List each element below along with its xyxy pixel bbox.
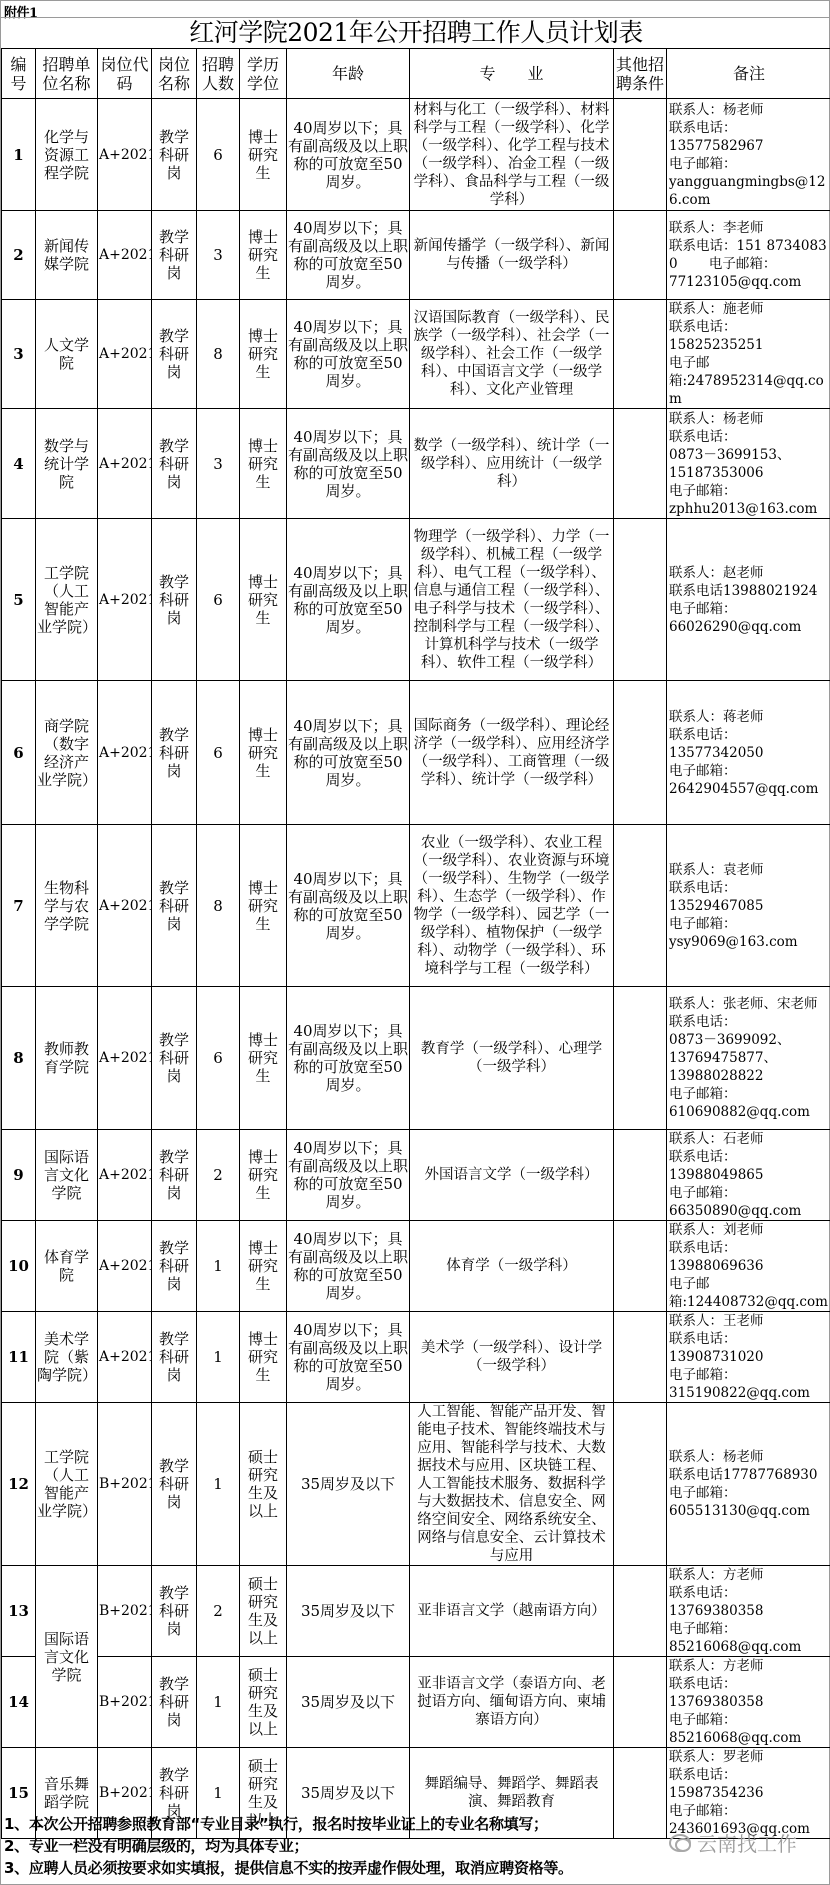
cell-unit-name: 新闻传媒学院	[36, 211, 98, 300]
column-header-no: 编号	[2, 49, 36, 99]
cell-position-code: A+202110	[98, 1221, 152, 1312]
column-header-position: 岗位名称	[152, 49, 197, 99]
cell-unit-name: 教师教育学院	[36, 987, 98, 1130]
cell-major: 美术学（一级学科）、设计学（一级学科）	[410, 1312, 614, 1403]
spreadsheet-page: 附件1 红河学院2021年公开招聘工作人员计划表 编号 招聘单位名称 岗位代码 …	[0, 0, 830, 1885]
cell-degree: 博士研究生	[240, 519, 287, 681]
cell-unit-name: 工学院（人工智能产业学院）	[36, 1403, 98, 1566]
cell-degree: 博士研究生	[240, 825, 287, 987]
table-row: 9国际语言文化学院A+202109教学科研岗2博士研究生40周岁以下；具有副高级…	[2, 1130, 830, 1221]
cell-other-conditions	[614, 1130, 667, 1221]
cell-position-code: A+202105	[98, 519, 152, 681]
cell-position-code: B+202101	[98, 1403, 152, 1566]
cell-age-requirement: 35周岁及以下	[287, 1657, 410, 1748]
cell-remark: 联系人：石老师 联系电话： 13988049865 电子邮箱： 66350890…	[667, 1130, 830, 1221]
cell-position-code: A+202109	[98, 1130, 152, 1221]
cell-degree: 博士研究生	[240, 1130, 287, 1221]
cell-other-conditions	[614, 1403, 667, 1566]
cell-row-number: 9	[2, 1130, 36, 1221]
table-row: 13国际语言文化学院B+202102教学科研岗2硕士研究生及以上35周岁及以下亚…	[2, 1566, 830, 1657]
cell-remark: 联系人：杨老师 联系电话： 13577582967 电子邮箱： yangguan…	[667, 99, 830, 211]
cell-row-number: 12	[2, 1403, 36, 1566]
cell-other-conditions	[614, 1312, 667, 1403]
cell-degree: 硕士研究生及以上	[240, 1403, 287, 1566]
cell-age-requirement: 35周岁及以下	[287, 1566, 410, 1657]
cell-remark: 联系人：张老师、宋老师 联系电话： 0873－3699092、 13769475…	[667, 987, 830, 1130]
cell-position-code: A+202102	[98, 211, 152, 300]
cell-position-name: 教学科研岗	[152, 681, 197, 825]
cell-remark: 联系人：刘老师 联系电话： 13988069636 电子邮 箱:12440873…	[667, 1221, 830, 1312]
table-row: 12工学院（人工智能产业学院）B+202101教学科研岗1硕士研究生及以上35周…	[2, 1403, 830, 1566]
cell-remark: 联系人：王老师 联系电话： 13908731020 电子邮箱： 31519082…	[667, 1312, 830, 1403]
cell-position-code: A+202101	[98, 99, 152, 211]
cell-hire-count: 2	[197, 1566, 240, 1657]
cell-other-conditions	[614, 987, 667, 1130]
table-row: 4数学与统计学院A+202104教学科研岗3博士研究生40周岁以下；具有副高级及…	[2, 409, 830, 519]
column-header-code: 岗位代码	[98, 49, 152, 99]
cell-age-requirement: 40周岁以下；具有副高级及以上职称的可放宽至50周岁。	[287, 987, 410, 1130]
cell-major: 人工智能、智能产品开发、智能电子技术、智能终端技术与应用、智能科学与技术、大数据…	[410, 1403, 614, 1566]
column-header-remark: 备注	[667, 49, 830, 99]
cell-age-requirement: 40周岁以下；具有副高级及以上职称的可放宽至50周岁。	[287, 1312, 410, 1403]
table-row: 8教师教育学院A+202108教学科研岗6博士研究生40周岁以下；具有副高级及以…	[2, 987, 830, 1130]
cell-other-conditions	[614, 681, 667, 825]
cell-unit-name: 商学院（数字经济产业学院）	[36, 681, 98, 825]
cell-major: 外国语言文学（一级学科）	[410, 1130, 614, 1221]
cell-major: 材料与化工（一级学科）、材料科学与工程（一级学科）、化学（一级学科）、化学工程与…	[410, 99, 614, 211]
cell-other-conditions	[614, 1221, 667, 1312]
note-2: 2、专业一栏没有明确层级的，均为具体专业；	[4, 1836, 308, 1856]
cell-position-name: 教学科研岗	[152, 825, 197, 987]
cell-position-name: 教学科研岗	[152, 519, 197, 681]
cell-position-name: 教学科研岗	[152, 99, 197, 211]
cell-major: 农业（一级学科）、农业工程（一级学科）、农业资源与环境（一级学科）、生物学（一级…	[410, 825, 614, 987]
cell-degree: 硕士研究生及以上	[240, 1566, 287, 1657]
cell-row-number: 11	[2, 1312, 36, 1403]
cell-remark: 联系人：杨老师 联系电话17787768930 电子邮箱： 605513130@…	[667, 1403, 830, 1566]
cell-row-number: 3	[2, 300, 36, 409]
cell-other-conditions	[614, 825, 667, 987]
table-row: 7生物科学与农学学院A+202107教学科研岗8博士研究生40周岁以下；具有副高…	[2, 825, 830, 987]
cell-position-name: 教学科研岗	[152, 409, 197, 519]
cell-position-code: A+202111	[98, 1312, 152, 1403]
cell-unit-name: 数学与统计学院	[36, 409, 98, 519]
cell-hire-count: 3	[197, 211, 240, 300]
column-header-count: 招聘人数	[197, 49, 240, 99]
cell-major: 亚非语言文学（泰语方向、老挝语方向、缅甸语方向、柬埔寨语方向）	[410, 1657, 614, 1748]
cell-age-requirement: 40周岁以下；具有副高级及以上职称的可放宽至50周岁。	[287, 1221, 410, 1312]
cell-position-name: 教学科研岗	[152, 1566, 197, 1657]
cell-row-number: 8	[2, 987, 36, 1130]
cell-age-requirement: 40周岁以下；具有副高级及以上职称的可放宽至50周岁。	[287, 1130, 410, 1221]
cell-position-name: 教学科研岗	[152, 211, 197, 300]
cell-other-conditions	[614, 300, 667, 409]
cell-position-name: 教学科研岗	[152, 1130, 197, 1221]
cell-age-requirement: 40周岁以下；具有副高级及以上职称的可放宽至50周岁。	[287, 681, 410, 825]
cell-row-number: 4	[2, 409, 36, 519]
cell-row-number: 2	[2, 211, 36, 300]
cell-row-number: 14	[2, 1657, 36, 1748]
cell-hire-count: 8	[197, 300, 240, 409]
cell-position-name: 教学科研岗	[152, 300, 197, 409]
cell-hire-count: 6	[197, 987, 240, 1130]
table-header-row: 编号 招聘单位名称 岗位代码 岗位名称 招聘人数 学历学位 年龄 专 业 其他招…	[2, 49, 830, 99]
cell-other-conditions	[614, 409, 667, 519]
cell-degree: 博士研究生	[240, 211, 287, 300]
cell-other-conditions	[614, 1657, 667, 1748]
cell-unit-name: 生物科学与农学学院	[36, 825, 98, 987]
cell-age-requirement: 35周岁及以下	[287, 1403, 410, 1566]
watermark-text: 云南找工作	[697, 1828, 797, 1857]
cell-major: 数学（一级学科）、统计学（一级学科）、应用统计（一级学科）	[410, 409, 614, 519]
cell-degree: 博士研究生	[240, 681, 287, 825]
table-row: 6商学院（数字经济产业学院）A+202106教学科研岗6博士研究生40周岁以下；…	[2, 681, 830, 825]
cell-unit-name: 化学与资源工程学院	[36, 99, 98, 211]
table-row: 2新闻传媒学院A+202102教学科研岗3博士研究生40周岁以下；具有副高级及以…	[2, 211, 830, 300]
cell-unit-name: 工学院（人工智能产业学院）	[36, 519, 98, 681]
column-header-age: 年龄	[287, 49, 410, 99]
cell-other-conditions	[614, 519, 667, 681]
cell-position-name: 教学科研岗	[152, 1312, 197, 1403]
table-row: 3人文学院A+202103教学科研岗8博士研究生40周岁以下；具有副高级及以上职…	[2, 300, 830, 409]
cell-row-number: 5	[2, 519, 36, 681]
note-1: 1、本次公开招聘参照教育部“专业目录”执行，报名时按毕业证上的专业名称填写；	[4, 1814, 548, 1834]
cell-hire-count: 1	[197, 1221, 240, 1312]
cell-major: 教育学（一级学科）、心理学（一级学科）	[410, 987, 614, 1130]
cell-degree: 博士研究生	[240, 987, 287, 1130]
cell-position-name: 教学科研岗	[152, 1403, 197, 1566]
cell-row-number: 1	[2, 99, 36, 211]
cell-hire-count: 6	[197, 99, 240, 211]
page-title: 红河学院2021年公开招聘工作人员计划表	[1, 18, 830, 48]
cell-hire-count: 3	[197, 409, 240, 519]
cell-position-code: A+202104	[98, 409, 152, 519]
cell-age-requirement: 40周岁以下；具有副高级及以上职称的可放宽至50周岁。	[287, 211, 410, 300]
cell-degree: 博士研究生	[240, 1221, 287, 1312]
cell-other-conditions	[614, 1566, 667, 1657]
table-row: 5工学院（人工智能产业学院）A+202105教学科研岗6博士研究生40周岁以下；…	[2, 519, 830, 681]
cell-degree: 博士研究生	[240, 99, 287, 211]
wechat-icon	[669, 1834, 691, 1852]
cell-remark: 联系人：方老师 联系电话： 13769380358 电子邮箱： 85216068…	[667, 1657, 830, 1748]
cell-major: 国际商务（一级学科）、理论经济学（一级学科）、应用经济学（一级学科）、工商管理（…	[410, 681, 614, 825]
cell-position-code: A+202107	[98, 825, 152, 987]
cell-position-name: 教学科研岗	[152, 1657, 197, 1748]
cell-major: 亚非语言文学（越南语方向）	[410, 1566, 614, 1657]
cell-major: 新闻传播学（一级学科）、新闻与传播（一级学科）	[410, 211, 614, 300]
watermark: 云南找工作	[669, 1828, 797, 1857]
cell-position-code: B+202102	[98, 1566, 152, 1657]
cell-hire-count: 6	[197, 519, 240, 681]
column-header-degree: 学历学位	[240, 49, 287, 99]
cell-hire-count: 8	[197, 825, 240, 987]
cell-remark: 联系人：李老师 联系电话：151 87340830 电子邮箱： 77123105…	[667, 211, 830, 300]
cell-position-name: 教学科研岗	[152, 1221, 197, 1312]
cell-degree: 硕士研究生及以上	[240, 1657, 287, 1748]
cell-age-requirement: 40周岁以下；具有副高级及以上职称的可放宽至50周岁。	[287, 409, 410, 519]
table-row: 1化学与资源工程学院A+202101教学科研岗6博士研究生40周岁以下；具有副高…	[2, 99, 830, 211]
cell-unit-name: 国际语言文化学院	[36, 1566, 98, 1748]
cell-remark: 联系人：方老师 联系电话： 13769380358 电子邮箱： 85216068…	[667, 1566, 830, 1657]
table-row: 14B+202103教学科研岗1硕士研究生及以上35周岁及以下亚非语言文学（泰语…	[2, 1657, 830, 1748]
cell-row-number: 10	[2, 1221, 36, 1312]
table-row: 11美术学院（紫陶学院）A+202111教学科研岗1博士研究生40周岁以下；具有…	[2, 1312, 830, 1403]
note-3: 3、应聘人员必须按要求如实填报，提供信息不实的按弄虚作假处理，取消应聘资格等。	[4, 1858, 573, 1878]
recruitment-plan-table: 编号 招聘单位名称 岗位代码 岗位名称 招聘人数 学历学位 年龄 专 业 其他招…	[1, 48, 830, 1839]
cell-degree: 博士研究生	[240, 409, 287, 519]
cell-major: 体育学（一级学科）	[410, 1221, 614, 1312]
cell-age-requirement: 40周岁以下；具有副高级及以上职称的可放宽至50周岁。	[287, 99, 410, 211]
column-header-unit: 招聘单位名称	[36, 49, 98, 99]
cell-unit-name: 体育学院	[36, 1221, 98, 1312]
cell-position-name: 教学科研岗	[152, 987, 197, 1130]
cell-age-requirement: 40周岁以下；具有副高级及以上职称的可放宽至50周岁。	[287, 300, 410, 409]
cell-hire-count: 2	[197, 1130, 240, 1221]
cell-row-number: 7	[2, 825, 36, 987]
cell-remark: 联系人：蒋老师 联系电话： 13577342050 电子邮箱： 26429045…	[667, 681, 830, 825]
cell-degree: 博士研究生	[240, 1312, 287, 1403]
cell-position-code: A+202108	[98, 987, 152, 1130]
cell-age-requirement: 40周岁以下；具有副高级及以上职称的可放宽至50周岁。	[287, 825, 410, 987]
cell-degree: 博士研究生	[240, 300, 287, 409]
cell-age-requirement: 40周岁以下；具有副高级及以上职称的可放宽至50周岁。	[287, 519, 410, 681]
cell-unit-name: 美术学院（紫陶学院）	[36, 1312, 98, 1403]
cell-row-number: 13	[2, 1566, 36, 1657]
cell-remark: 联系人：杨老师 联系电话： 0873－3699153、 15187353006 …	[667, 409, 830, 519]
column-header-major: 专 业	[410, 49, 614, 99]
cell-remark: 联系人：赵老师 联系电话13988021924 电子邮箱： 66026290@q…	[667, 519, 830, 681]
cell-position-code: A+202103	[98, 300, 152, 409]
cell-hire-count: 6	[197, 681, 240, 825]
cell-position-code: A+202106	[98, 681, 152, 825]
cell-other-conditions	[614, 211, 667, 300]
cell-remark: 联系人：施老师 联系电话： 15825235251 电子邮 箱:24789523…	[667, 300, 830, 409]
cell-hire-count: 1	[197, 1312, 240, 1403]
cell-unit-name: 国际语言文化学院	[36, 1130, 98, 1221]
cell-row-number: 6	[2, 681, 36, 825]
cell-unit-name: 人文学院	[36, 300, 98, 409]
cell-hire-count: 1	[197, 1657, 240, 1748]
cell-hire-count: 1	[197, 1403, 240, 1566]
cell-major: 汉语国际教育（一级学科）、民族学（一级学科）、社会学（一级学科）、社会工作（一级…	[410, 300, 614, 409]
cell-other-conditions	[614, 99, 667, 211]
cell-major: 物理学（一级学科）、力学（一级学科）、机械工程（一级学科）、电气工程（一级学科）…	[410, 519, 614, 681]
column-header-other: 其他招聘条件	[614, 49, 667, 99]
cell-remark: 联系人：袁老师 联系电话： 13529467085 电子邮箱： ysy9069@…	[667, 825, 830, 987]
table-row: 10体育学院A+202110教学科研岗1博士研究生40周岁以下；具有副高级及以上…	[2, 1221, 830, 1312]
cell-position-code: B+202103	[98, 1657, 152, 1748]
